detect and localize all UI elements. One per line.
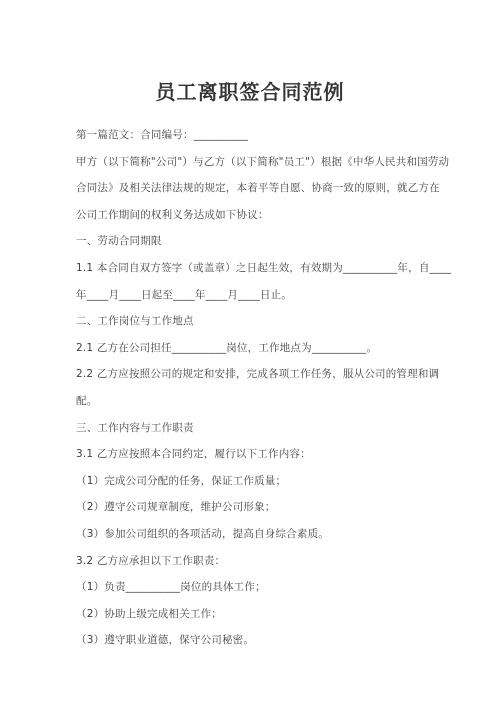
document-line-clause-3-1-item-1: （1）完成公司分配的任务，保证工作质量； [76,468,444,495]
document-line-clause-2-2-b: 配。 [76,388,444,415]
document-line-preamble-3: 公司工作期间的权利义务达成如下协议： [76,202,444,229]
document-line-preamble-2: 合同法》及相关法律法规的规定，本着平等自愿、协商一致的原则，就乙方在 [76,175,444,202]
document-line-clause-3-1-item-3: （3）参加公司组织的各项活动，提高自身综合素质。 [76,521,444,548]
document-line-preamble-1: 甲方（以下简称"公司"）与乙方（以下简称"员工"）根据《中华人民共和国劳动 [76,149,444,176]
document-line-intro-contract-number: 第一篇范文：合同编号：__________ [76,122,444,149]
document-line-section-2-heading: 二、工作岗位与工作地点 [76,308,444,335]
document-line-clause-1-1-a: 1.1 本合同自双方签字（或盖章）之日起生效，有效期为__________年，自… [76,255,444,282]
document-line-clause-3-2-item-2: （2）协助上级完成相关工作； [76,601,444,628]
document-line-clause-3-2-item-1: （1）负责__________岗位的具体工作； [76,574,444,601]
document-title: 员工离职签合同范例 [0,0,500,104]
document-line-clause-2-1: 2.1 乙方在公司担任__________岗位，工作地点为__________。 [76,335,444,362]
document-line-section-3-heading: 三、工作内容与工作职责 [76,415,444,442]
document-line-clause-3-1-item-2: （2）遵守公司规章制度，维护公司形象； [76,494,444,521]
document-line-clause-3-2-item-3: （3）遵守职业道德，保守公司秘密。 [76,627,444,654]
document-line-clause-1-1-b: 年____月____日起至____年____月____日止。 [76,282,444,309]
document-line-clause-2-2-a: 2.2 乙方应按照公司的规定和安排，完成各项工作任务，服从公司的管理和调 [76,361,444,388]
document-body: 第一篇范文：合同编号：__________ 甲方（以下简称"公司"）与乙方（以下… [0,122,500,654]
document-line-clause-3-2: 3.2 乙方应承担以下工作职责： [76,548,444,575]
document-page: 员工离职签合同范例 第一篇范文：合同编号：__________ 甲方（以下简称"… [0,0,500,707]
document-line-section-1-heading: 一、劳动合同期限 [76,228,444,255]
document-line-clause-3-1: 3.1 乙方应按照本合同约定，履行以下工作内容： [76,441,444,468]
